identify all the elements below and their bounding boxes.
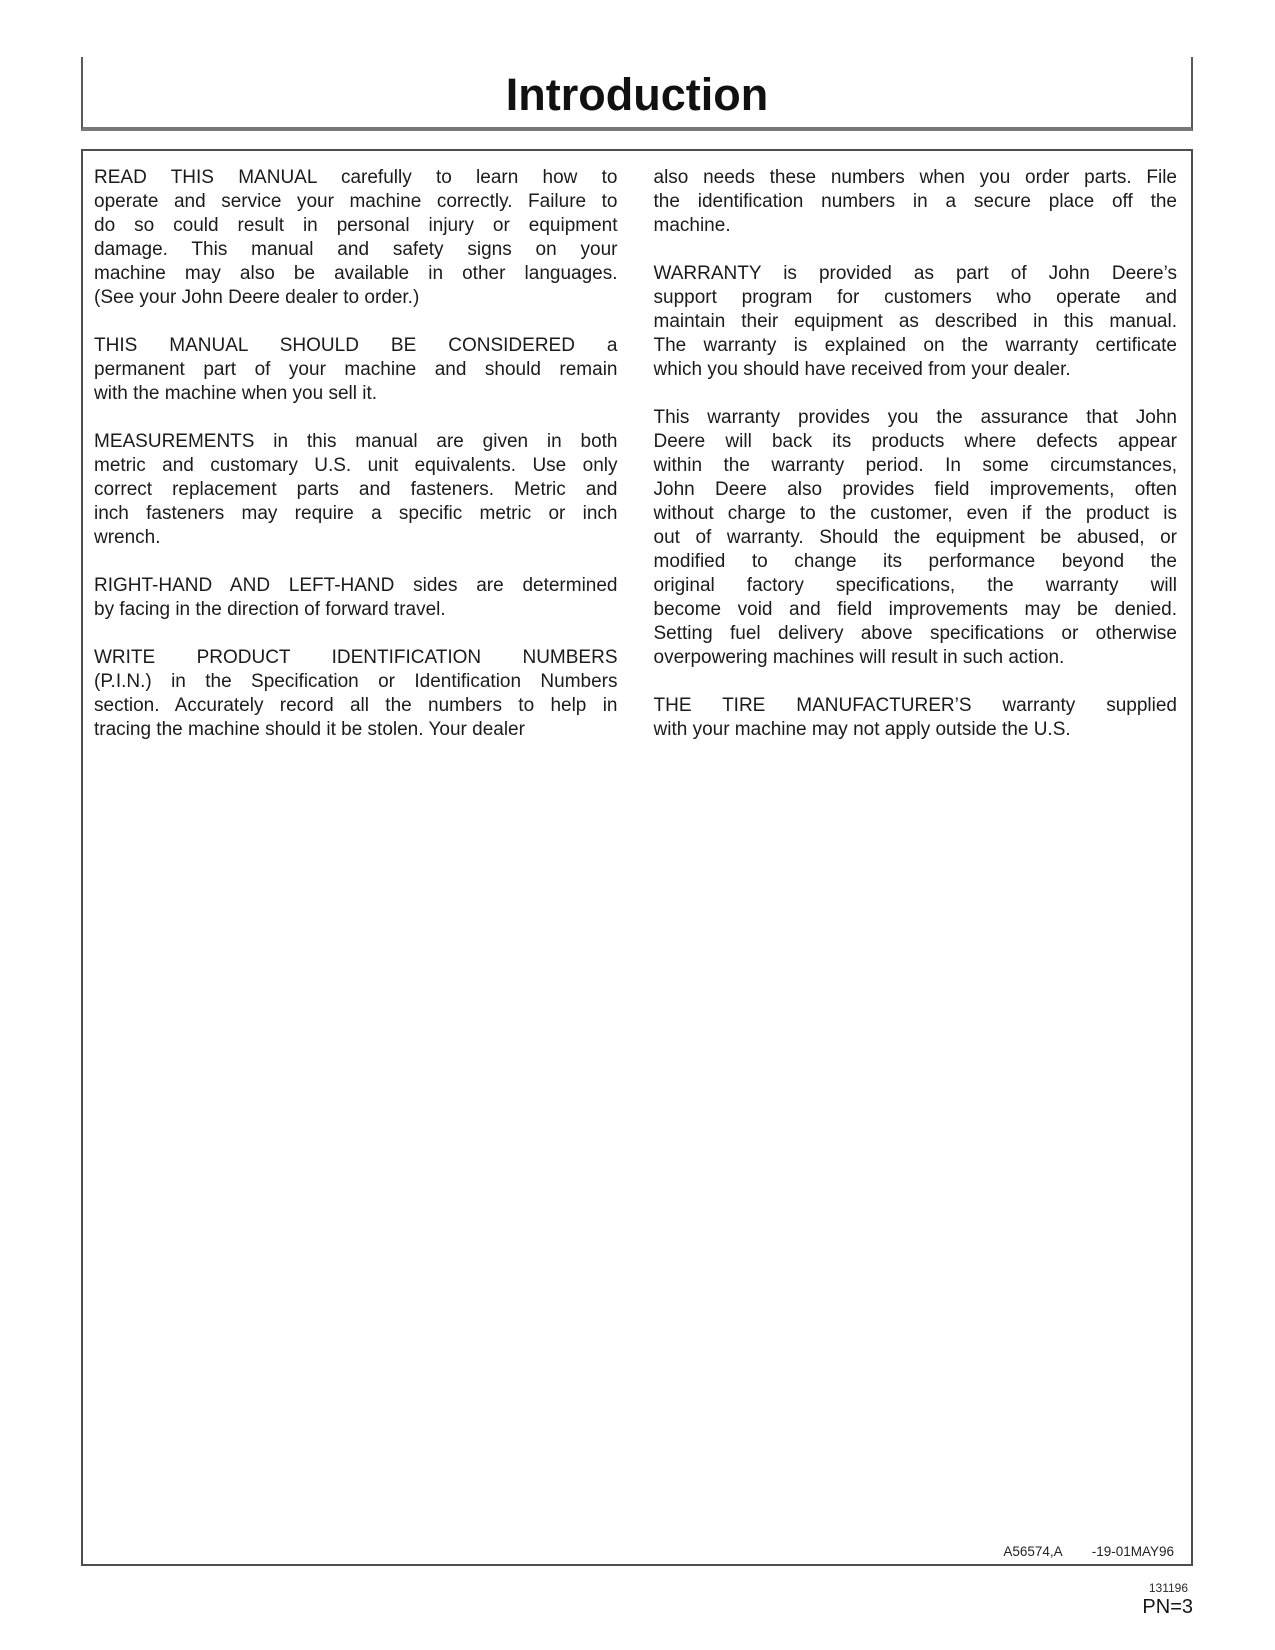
paragraph: WRITE PRODUCT IDENTIFICATION NUMBERS(P.I…	[94, 646, 618, 742]
text-line: This warranty provides you the assurance…	[654, 406, 1178, 430]
paragraph: MEASUREMENTS in this manual are given in…	[94, 430, 618, 550]
text-line: section. Accurately record all the numbe…	[94, 694, 618, 718]
manual-page: Introduction READ THIS MANUAL carefully …	[0, 0, 1275, 1650]
text-line: Setting fuel delivery above specificatio…	[654, 622, 1178, 646]
text-line: inch fasteners may require a specific me…	[94, 502, 618, 526]
paragraph: THE TIRE MANUFACTURER’S warranty supplie…	[654, 694, 1178, 742]
text-line: do so could result in personal injury or…	[94, 214, 618, 238]
text-line: with your machine may not apply outside …	[654, 718, 1178, 742]
text-line: become void and field improvements may b…	[654, 598, 1178, 622]
text-line: metric and customary U.S. unit equivalen…	[94, 454, 618, 478]
text-line: damage. This manual and safety signs on …	[94, 238, 618, 262]
text-line: correct replacement parts and fasteners.…	[94, 478, 618, 502]
text-line: wrench.	[94, 526, 618, 550]
page-title-box: Introduction	[81, 57, 1193, 131]
doc-date: -19-01MAY96	[1092, 1544, 1174, 1559]
text-line: machine.	[654, 214, 1178, 238]
text-line: maintain their equipment as described in…	[654, 310, 1178, 334]
text-line: also needs these numbers when you order …	[654, 166, 1178, 190]
print-code: 131196	[1142, 1581, 1193, 1595]
paragraph: THIS MANUAL SHOULD BE CONSIDERED aperman…	[94, 334, 618, 406]
text-line: tracing the machine should it be stolen.…	[94, 718, 618, 742]
text-line: modified to change its performance beyon…	[654, 550, 1178, 574]
paragraph: also needs these numbers when you order …	[654, 166, 1178, 238]
text-line: out of warranty. Should the equipment be…	[654, 526, 1178, 550]
document-reference: A56574,A -19-01MAY96	[1003, 1544, 1174, 1559]
text-line: with the machine when you sell it.	[94, 382, 618, 406]
text-line: The warranty is explained on the warrant…	[654, 334, 1178, 358]
text-line: (P.I.N.) in the Specification or Identif…	[94, 670, 618, 694]
paragraph: RIGHT-HAND AND LEFT-HAND sides are deter…	[94, 574, 618, 622]
text-line: READ THIS MANUAL carefully to learn how …	[94, 166, 618, 190]
paragraph: WARRANTY is provided as part of John Dee…	[654, 262, 1178, 382]
doc-code: A56574,A	[1003, 1544, 1062, 1559]
text-line: operate and service your machine correct…	[94, 190, 618, 214]
text-line: THIS MANUAL SHOULD BE CONSIDERED a	[94, 334, 618, 358]
text-line: which you should have received from your…	[654, 358, 1178, 382]
text-line: (See your John Deere dealer to order.)	[94, 286, 618, 310]
text-line: permanent part of your machine and shoul…	[94, 358, 618, 382]
text-line: by facing in the direction of forward tr…	[94, 598, 618, 622]
text-line: Deere will back its products where defec…	[654, 430, 1178, 454]
text-line: WRITE PRODUCT IDENTIFICATION NUMBERS	[94, 646, 618, 670]
text-line: support program for customers who operat…	[654, 286, 1178, 310]
text-line: MEASUREMENTS in this manual are given in…	[94, 430, 618, 454]
text-line: WARRANTY is provided as part of John Dee…	[654, 262, 1178, 286]
page-number: PN=3	[1142, 1596, 1193, 1619]
text-columns: READ THIS MANUAL carefully to learn how …	[83, 151, 1191, 766]
text-line: without charge to the customer, even if …	[654, 502, 1178, 526]
text-line: original factory specifications, the war…	[654, 574, 1178, 598]
left-column: READ THIS MANUAL carefully to learn how …	[94, 166, 618, 766]
page-title: Introduction	[506, 63, 768, 121]
right-column: also needs these numbers when you order …	[654, 166, 1178, 766]
text-line: overpowering machines will result in suc…	[654, 646, 1178, 670]
text-line: John Deere also provides field improveme…	[654, 478, 1178, 502]
text-line: machine may also be available in other l…	[94, 262, 618, 286]
text-line: THE TIRE MANUFACTURER’S warranty supplie…	[654, 694, 1178, 718]
page-meta: 131196 PN=3	[1142, 1581, 1193, 1619]
paragraph: This warranty provides you the assurance…	[654, 406, 1178, 670]
text-line: RIGHT-HAND AND LEFT-HAND sides are deter…	[94, 574, 618, 598]
text-line: within the warranty period. In some circ…	[654, 454, 1178, 478]
paragraph: READ THIS MANUAL carefully to learn how …	[94, 166, 618, 310]
content-box: READ THIS MANUAL carefully to learn how …	[81, 149, 1193, 1566]
text-line: the identification numbers in a secure p…	[654, 190, 1178, 214]
